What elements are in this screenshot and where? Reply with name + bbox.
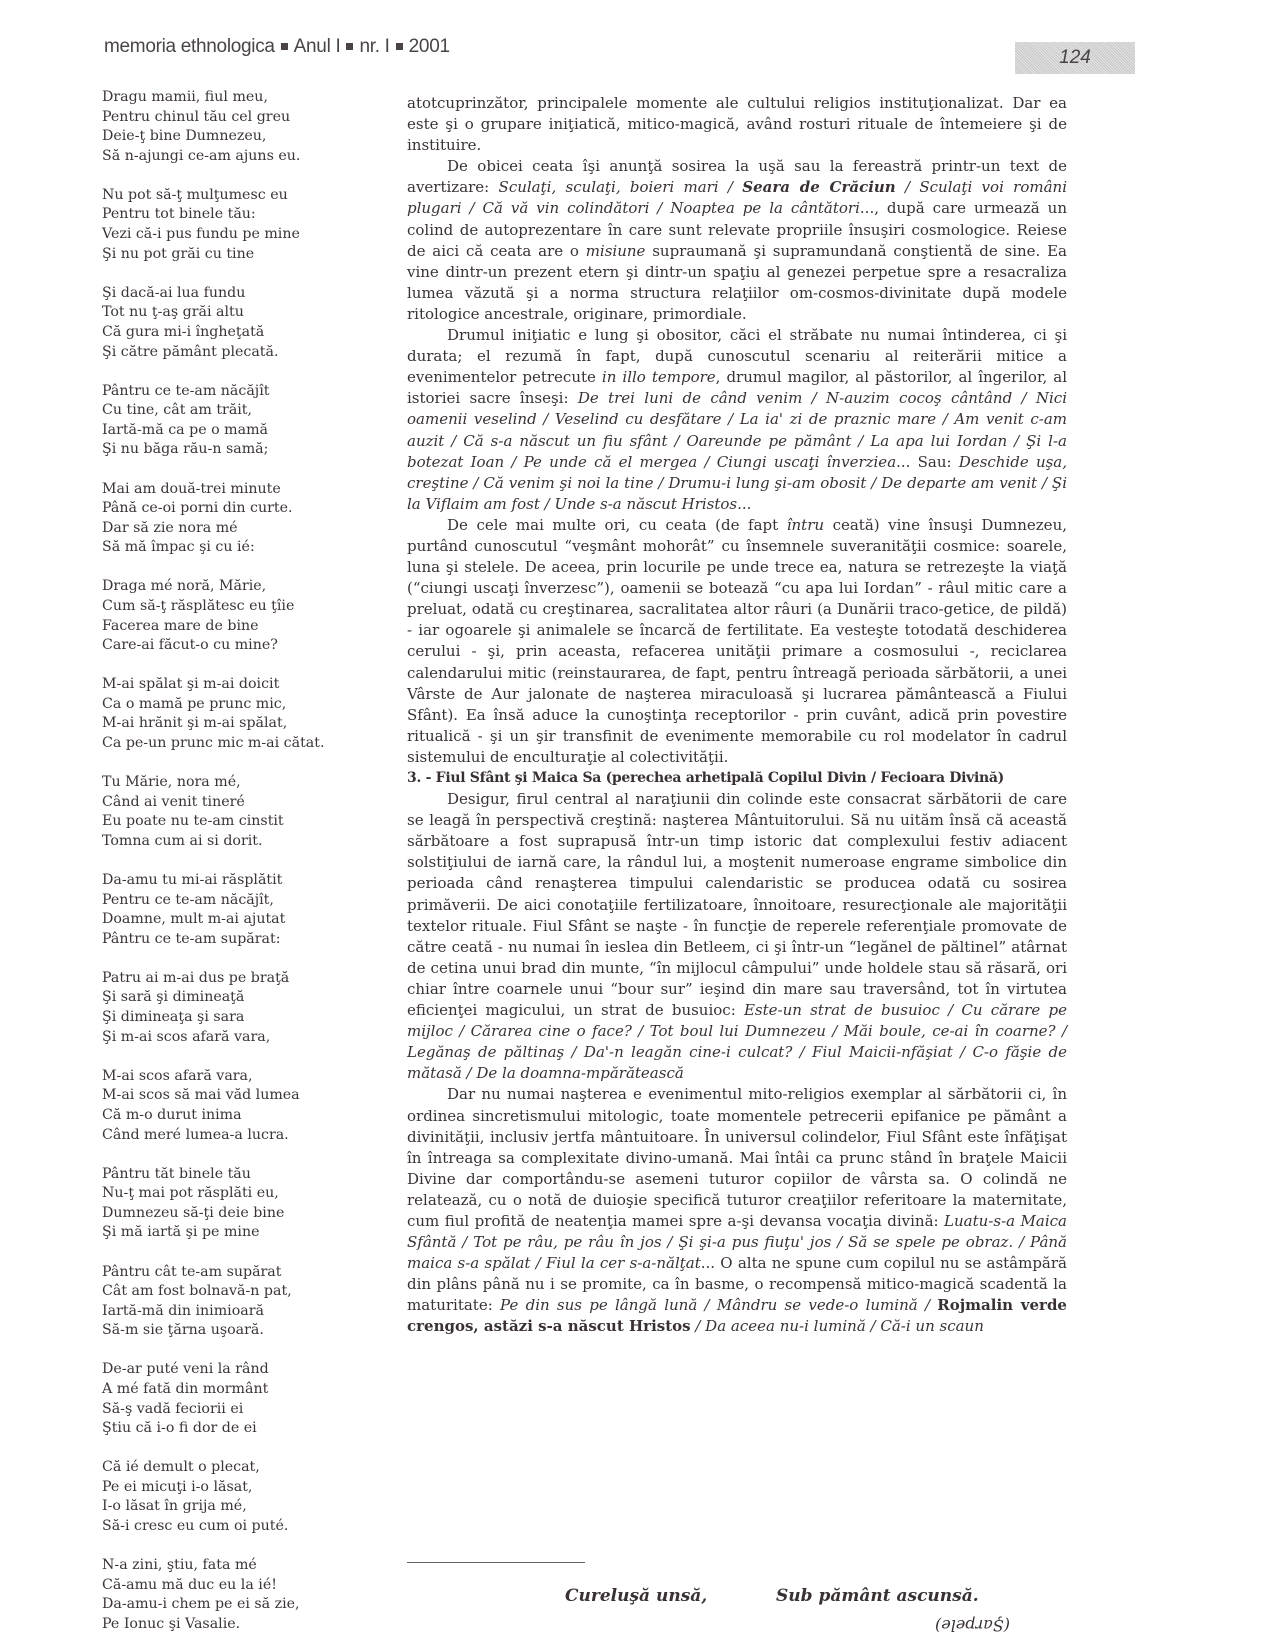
poem-stanza: M-ai scos afară vara,M-ai scos să mai vă… [102, 1067, 372, 1145]
poem-line: Pe Ionuc şi Vasalie. [102, 1615, 372, 1635]
poem-line: Şi dimineaţa şi sara [102, 1008, 372, 1028]
poem-line: Şi sară şi dimineaţă [102, 988, 372, 1008]
poem-line: Şi mă iartă şi pe mine [102, 1223, 372, 1243]
emphasis: întru [787, 516, 824, 534]
poem-line: M-ai scos să mai văd lumea [102, 1086, 372, 1106]
poem-stanza: M-ai spălat şi m-ai doicitCa o mamă pe p… [102, 675, 372, 753]
text-run: ceată) vine însuşi Dumnezeu, purtând cun… [407, 516, 1067, 766]
poem-line: Nu-ţ mai pot răsplăti eu, [102, 1184, 372, 1204]
paragraph: atotcuprinzător, principalele momente al… [407, 93, 1067, 156]
poem-line: Tu Mărie, nora mé, [102, 773, 372, 793]
volume-label: Anul I [294, 36, 341, 57]
poem-line: Pe ei micuţi i-o lăsat, [102, 1478, 372, 1498]
poem-line: Dumnezeu să-ţi deie bine [102, 1204, 372, 1224]
poem-line: Vezi că-i pus fundu pe mine [102, 225, 372, 245]
poem-line: Până ce-oi porni din curte. [102, 499, 372, 519]
poem-column: Dragu mamii, fiul meu,Pentru chinul tău … [102, 88, 372, 1648]
paragraph: Drumul iniţiatic e lung şi obositor, căc… [407, 325, 1067, 515]
poem-line: Eu poate nu te-am cinstit [102, 812, 372, 832]
poem-line: Facerea mare de bine [102, 617, 372, 637]
poem-line: Să n-ajungi ce-am ajuns eu. [102, 147, 372, 167]
poem-line: Când ai venit tineré [102, 793, 372, 813]
square-bullet-icon [396, 43, 403, 50]
section-heading: 3. - Fiul Sfânt şi Maica Sa (perechea ar… [407, 768, 1067, 789]
riddle-line-2: Sub pământ ascunsă. [776, 1586, 979, 1606]
quote-italic: Sculaţi, sculaţi, boieri mari / [499, 178, 743, 196]
poem-stanza: Nu pot să-ţ mulţumesc euPentru tot binel… [102, 186, 372, 264]
poem-stanza: Pântru cât te-am supăratCât am fost boln… [102, 1263, 372, 1341]
article-column: atotcuprinzător, principalele momente al… [407, 93, 1067, 1338]
poem-stanza: Tu Mărie, nora mé,Când ai venit tineréEu… [102, 773, 372, 851]
poem-line: M-ai scos afară vara, [102, 1067, 372, 1087]
poem-line: Cu tine, cât am trăit, [102, 401, 372, 421]
poem-stanza: Că ié demult o plecat,Pe ei micuţi i-o l… [102, 1458, 372, 1536]
quote-italic: / Da aceea nu-i lumină / Că-i un scaun [691, 1317, 984, 1335]
quote-bold: Seara de Crăciun [742, 178, 895, 196]
poem-line: Să-ş vadă feciorii ei [102, 1400, 372, 1420]
poem-line: A mé fată din mormânt [102, 1380, 372, 1400]
poem-line: Să-i cresc eu cum oi puté. [102, 1517, 372, 1537]
riddle-answer-inverted: (Şarpele) [935, 1616, 1010, 1635]
poem-line: Pentru ce te-am năcăjît, [102, 891, 372, 911]
poem-line: Tot nu ţ-aş grăi altu [102, 303, 372, 323]
paragraph: De obicei ceata îşi anunţă sosirea la uş… [407, 156, 1067, 325]
poem-stanza: Mai am două-trei minutePână ce-oi porni … [102, 480, 372, 558]
poem-line: I-o lăsat în grija mé, [102, 1497, 372, 1517]
poem-line: Pântru ce te-am năcăjît [102, 382, 372, 402]
poem-line: N-a zini, ştiu, fata mé [102, 1556, 372, 1576]
poem-line: Ca o mamă pe prunc mic, [102, 695, 372, 715]
poem-stanza: Şi dacă-ai lua funduTot nu ţ-aş grăi alt… [102, 284, 372, 362]
poem-line: Pântru ce te-am supărat: [102, 930, 372, 950]
poem-line: Nu pot să-ţ mulţumesc eu [102, 186, 372, 206]
poem-line: Ştiu că i-o fi dor de ei [102, 1419, 372, 1439]
poem-line: Şi către pământ plecată. [102, 343, 372, 363]
poem-line: De-ar puté veni la rând [102, 1360, 372, 1380]
poem-line: Că gura mi-i îngheţată [102, 323, 372, 343]
poem-line: Iartă-mă ca pe o mamă [102, 421, 372, 441]
poem-stanza: De-ar puté veni la rândA mé fată din mor… [102, 1360, 372, 1438]
square-bullet-icon [281, 43, 288, 50]
poem-line: Tomna cum ai si dorit. [102, 832, 372, 852]
text-run: De cele mai multe ori, cu ceata (de fapt [447, 516, 787, 534]
poem-line: Care-ai făcut-o cu mine? [102, 636, 372, 656]
poem-line: Mai am două-trei minute [102, 480, 372, 500]
poem-line: Şi nu băga rău-n samă; [102, 440, 372, 460]
footnote-divider [407, 1562, 585, 1563]
poem-line: Dar să zie nora mé [102, 519, 372, 539]
text-run: Dar nu numai naşterea e evenimentul mito… [407, 1085, 1067, 1230]
text-run: Desigur, firul central al naraţiunii din… [407, 790, 1067, 1019]
poem-stanza: Pântru tăt binele tăuNu-ţ mai pot răsplă… [102, 1165, 372, 1243]
paragraph: De cele mai multe ori, cu ceata (de fapt… [407, 515, 1067, 768]
poem-line: Deie-ţ bine Dumnezeu, [102, 127, 372, 147]
poem-line: Să-m sie ţărna uşoară. [102, 1321, 372, 1341]
year-label: 2001 [409, 36, 450, 57]
page-number: 124 [1015, 42, 1135, 74]
poem-line: M-ai hrănit şi m-ai spălat, [102, 714, 372, 734]
riddle-line-1: Cureluşă unsă, [565, 1586, 707, 1606]
poem-line: Doamne, mult m-ai ajutat [102, 910, 372, 930]
running-header: memoria ethnologicaAnul Inr. I2001 [104, 36, 450, 58]
poem-line: Că ié demult o plecat, [102, 1458, 372, 1478]
poem-line: Ca pe-un prunc mic m-ai cătat. [102, 734, 372, 754]
poem-line: Da-amu-i chem pe ei să zie, [102, 1595, 372, 1615]
poem-line: Şi nu pot grăi cu tine [102, 245, 372, 265]
poem-stanza: N-a zini, ştiu, fata méCă-amu mă duc eu … [102, 1556, 372, 1634]
poem-line: Pentru chinul tău cel greu [102, 108, 372, 128]
poem-stanza: Patru ai m-ai dus pe braţăŞi sară şi dim… [102, 969, 372, 1047]
poem-line: Draga mé noră, Mărie, [102, 577, 372, 597]
quote-italic: Pe din sus pe lângă lună / Mândru se ved… [500, 1296, 937, 1314]
poem-line: Iartă-mă din inimioară [102, 1302, 372, 1322]
journal-title: memoria ethnologica [104, 36, 275, 57]
paragraph: Desigur, firul central al naraţiunii din… [407, 789, 1067, 1084]
poem-line: Că m-o durut inima [102, 1106, 372, 1126]
poem-line: Patru ai m-ai dus pe braţă [102, 969, 372, 989]
poem-line: Cum să-ţ răsplătesc eu ţîie [102, 597, 372, 617]
poem-line: Da-amu tu mi-ai răsplătit [102, 871, 372, 891]
text-run: ... Sau: [896, 453, 959, 471]
poem-stanza: Dragu mamii, fiul meu,Pentru chinul tău … [102, 88, 372, 166]
poem-line: Când meré lumea-a lucra. [102, 1126, 372, 1146]
poem-stanza: Draga mé noră, Mărie,Cum să-ţ răsplătesc… [102, 577, 372, 655]
poem-line: Dragu mamii, fiul meu, [102, 88, 372, 108]
poem-stanza: Pântru ce te-am năcăjîtCu tine, cât am t… [102, 382, 372, 460]
poem-line: Să mă împac şi cu ié: [102, 538, 372, 558]
poem-line: Pentru tot binele tău: [102, 205, 372, 225]
emphasis: in illo tempore [602, 368, 716, 386]
poem-line: M-ai spălat şi m-ai doicit [102, 675, 372, 695]
emphasis: misiune [586, 242, 646, 260]
poem-line: Şi m-ai scos afară vara, [102, 1028, 372, 1048]
poem-line: Pântru cât te-am supărat [102, 1263, 372, 1283]
poem-line: Cât am fost bolnavă-n pat, [102, 1282, 372, 1302]
paragraph: Dar nu numai naşterea e evenimentul mito… [407, 1084, 1067, 1337]
square-bullet-icon [346, 43, 353, 50]
poem-line: Că-amu mă duc eu la ié! [102, 1576, 372, 1596]
issue-label: nr. I [359, 36, 389, 57]
poem-line: Pântru tăt binele tău [102, 1165, 372, 1185]
poem-stanza: Da-amu tu mi-ai răsplătitPentru ce te-am… [102, 871, 372, 949]
poem-line: Şi dacă-ai lua fundu [102, 284, 372, 304]
